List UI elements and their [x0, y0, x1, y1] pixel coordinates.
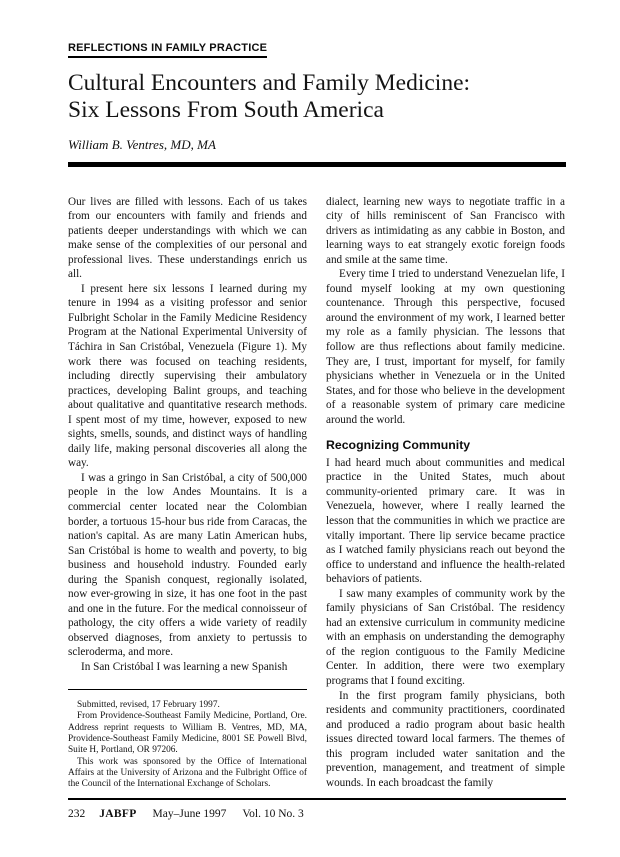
page-content: REFLECTIONS IN FAMILY PRACTICE Cultural … — [68, 38, 566, 791]
title-rule — [68, 162, 566, 167]
footnote-paragraph: From Providence-Southeast Family Medicin… — [68, 711, 307, 756]
two-column-body: Our lives are filled with lessons. Each … — [68, 195, 566, 791]
body-paragraph: dialect, learning new ways to negotiate … — [326, 195, 565, 268]
right-column: dialect, learning new ways to negotiate … — [326, 195, 565, 791]
footnote-paragraph: Submitted, revised, 17 February 1997. — [68, 700, 307, 711]
body-paragraph: Our lives are filled with lessons. Each … — [68, 195, 307, 282]
body-paragraph: I had heard much about communities and m… — [326, 456, 565, 587]
footer-rule — [68, 798, 566, 800]
body-paragraph: Every time I tried to understand Venezue… — [326, 267, 565, 427]
journal-page: REFLECTIONS IN FAMILY PRACTICE Cultural … — [0, 0, 620, 857]
article-title-line2: Six Lessons From South America — [68, 97, 566, 124]
body-paragraph: In San Cristóbal I was learning a new Sp… — [68, 660, 307, 675]
body-paragraph: In the first program family physicians, … — [326, 689, 565, 791]
body-paragraph: I saw many examples of community work by… — [326, 587, 565, 689]
footnote-paragraph: This work was sponsored by the Office of… — [68, 757, 307, 791]
footnote-rule — [68, 689, 307, 691]
volume-number: Vol. 10 No. 3 — [242, 808, 303, 820]
article-title-line1: Cultural Encounters and Family Medicine: — [68, 70, 566, 97]
journal-abbreviation: JABFP — [99, 808, 136, 820]
body-paragraph: I was a gringo in San Cristóbal, a city … — [68, 471, 307, 660]
body-paragraph: I present here six lessons I learned dur… — [68, 282, 307, 471]
section-kicker: REFLECTIONS IN FAMILY PRACTICE — [68, 42, 267, 58]
footnote-block: Submitted, revised, 17 February 1997.Fro… — [68, 700, 307, 790]
author-byline: William B. Ventres, MD, MA — [68, 137, 566, 153]
article-title: Cultural Encounters and Family Medicine:… — [68, 70, 566, 124]
page-footer: 232 JABFP May–June 1997 Vol. 10 No. 3 — [68, 798, 566, 820]
page-number: 232 — [68, 808, 85, 820]
section-heading: Recognizing Community — [326, 438, 565, 453]
issue-date: May–June 1997 — [153, 808, 227, 820]
footer-row: 232 JABFP May–June 1997 Vol. 10 No. 3 — [68, 808, 566, 820]
left-column: Our lives are filled with lessons. Each … — [68, 195, 307, 791]
